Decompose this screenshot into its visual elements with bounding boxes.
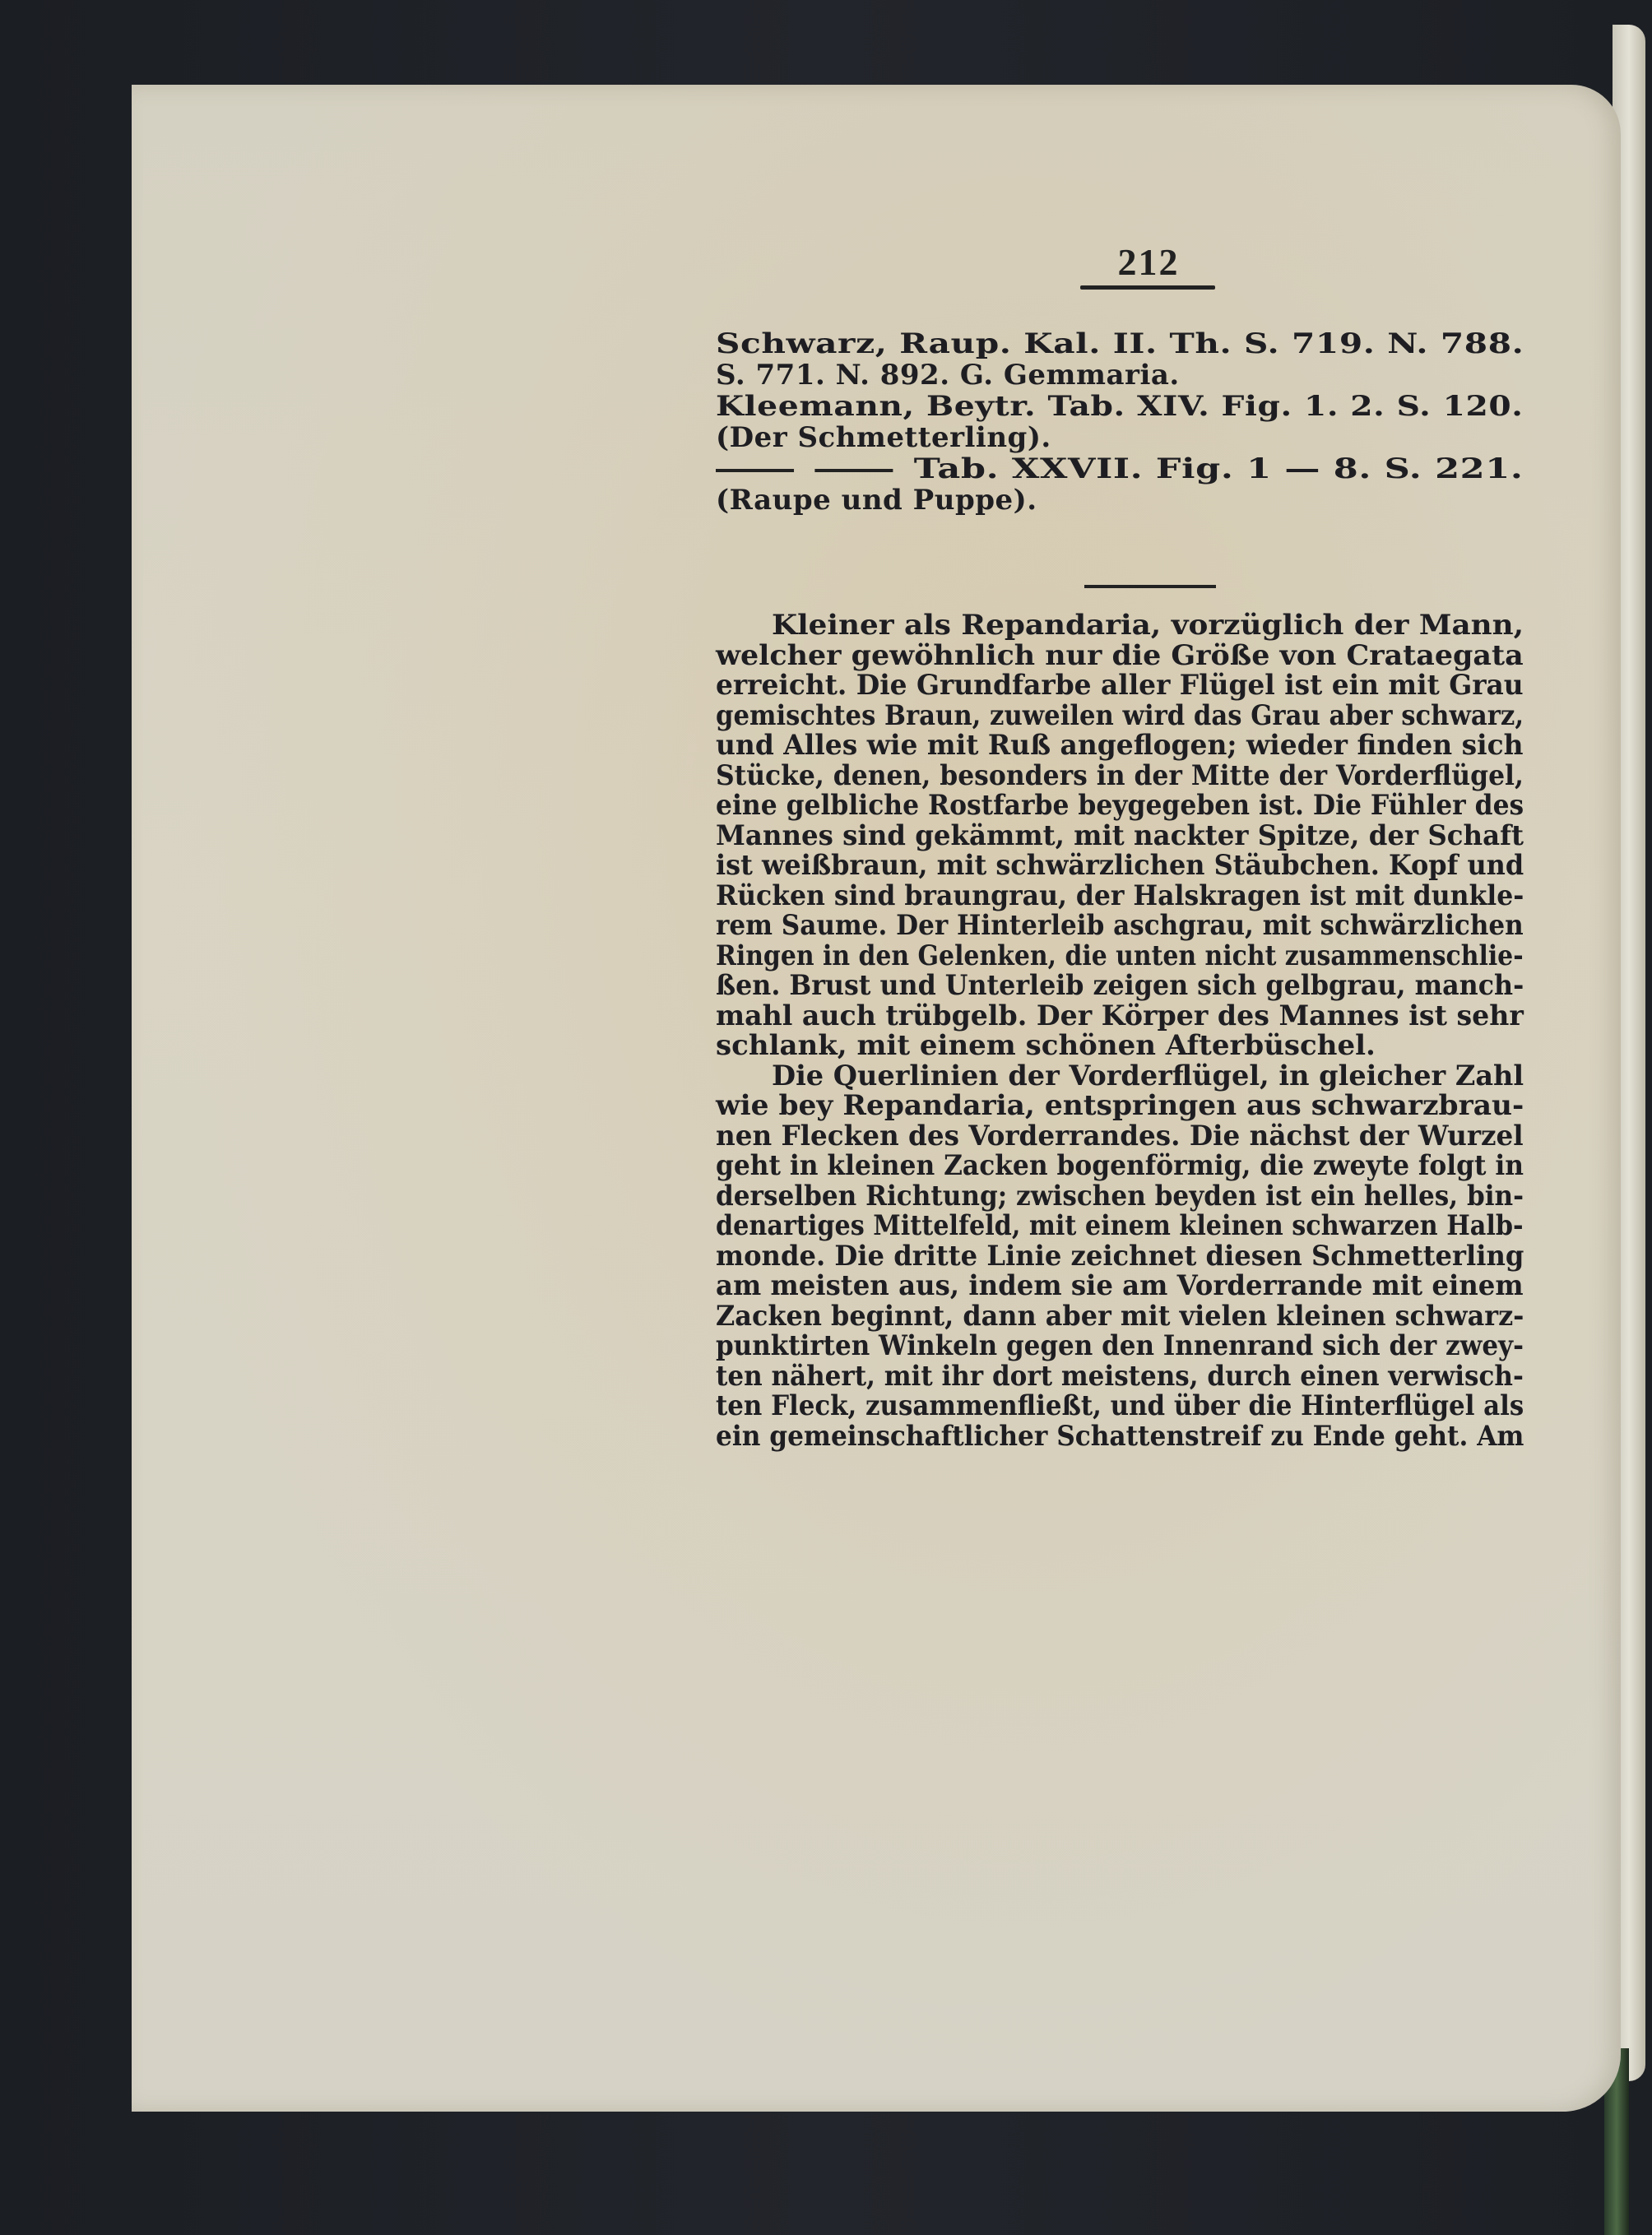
body-line: ten nähert, mit ihr dort meistens, durch… [716,1360,1524,1393]
reference-text: Tab. XXVII. Fig. 1 — 8. S. 221. [914,452,1524,485]
body-line: schlank, mit einem schönen Afterbüschel. [716,1029,1376,1062]
body-line: Rücken sind braungrau, der Halskragen is… [716,879,1524,912]
body-line: wie bey Repandaria, entspringen aus schw… [716,1089,1524,1122]
body-line: mahl auch trübgelb. Der Körper des Manne… [716,999,1524,1032]
ditto-dash [814,469,893,472]
body-line: gemischtes Braun, zuweilen wird das Grau… [716,699,1524,732]
body-line: nen Flecken des Vorderrandes. Die nächst… [716,1120,1524,1152]
body-line: rem Saume. Der Hinterleib aschgrau, mit … [716,909,1524,942]
body-line: erreicht. Die Grundfarbe aller Flügel is… [716,669,1524,702]
body-line: und Alles wie mit Ruß angeflogen; wieder… [716,729,1524,762]
body-line: Kleiner als Repandaria, vorzüglich der M… [772,609,1524,642]
body-line: ist weißbraun, mit schwärzlichen Stäubch… [716,849,1524,882]
ditto-dash [716,469,794,472]
body-line: Zacken beginnt, dann aber mit vielen kle… [716,1300,1524,1333]
reference-line: Kleemann, Beytr. Tab. XIV. Fig. 1. 2. S.… [716,390,1523,423]
body-line: ein gemeinschaftlicher Schattenstreif zu… [716,1420,1524,1453]
page-number-rule [1080,285,1215,290]
section-separator [1084,585,1216,588]
reference-line: Schwarz, Raup. Kal. II. Th. S. 719. N. 7… [716,327,1524,360]
body-line: derselben Richtung; zwischen beyden ist … [716,1180,1524,1213]
body-line: am meisten aus, indem sie am Vorderrande… [716,1269,1524,1302]
body-line: monde. Die dritte Linie zeichnet diesen … [716,1240,1524,1273]
body-line: ßen. Brust und Unterleib zeigen sich gel… [716,969,1524,1002]
body-line: ten Fleck, zusammenfließt, und über die … [716,1389,1524,1422]
body-line: eine gelbliche Rostfarbe beygegeben ist.… [716,789,1524,822]
reference-line: S. 771. N. 892. G. Gemmaria. [716,359,1180,392]
body-line: denartiges Mittelfeld, mit einem kleinen… [716,1209,1524,1242]
body-line: Mannes sind gekämmt, mit nackter Spitze,… [716,819,1524,852]
page-number: 212 [1107,240,1190,284]
body-line: Stücke, denen, besonders in der Mitte de… [716,759,1524,792]
reference-line-ditto: Tab. XXVII. Fig. 1 — 8. S. 221. [716,452,1524,485]
body-line: Die Querlinien der Vorderflügel, in glei… [772,1060,1524,1092]
body-line: Ringen in den Gelenken, die unten nicht … [716,939,1524,972]
body-line: geht in kleinen Zacken bogenförmig, die … [716,1149,1524,1182]
reference-line: (Der Schmetterling). [716,421,1051,454]
body-line: welcher gewöhnlich nur die Größe von Cra… [716,639,1524,672]
body-line: punktirten Winkeln gegen den Innenrand s… [716,1329,1524,1362]
reference-line: (Raupe und Puppe). [716,484,1037,517]
